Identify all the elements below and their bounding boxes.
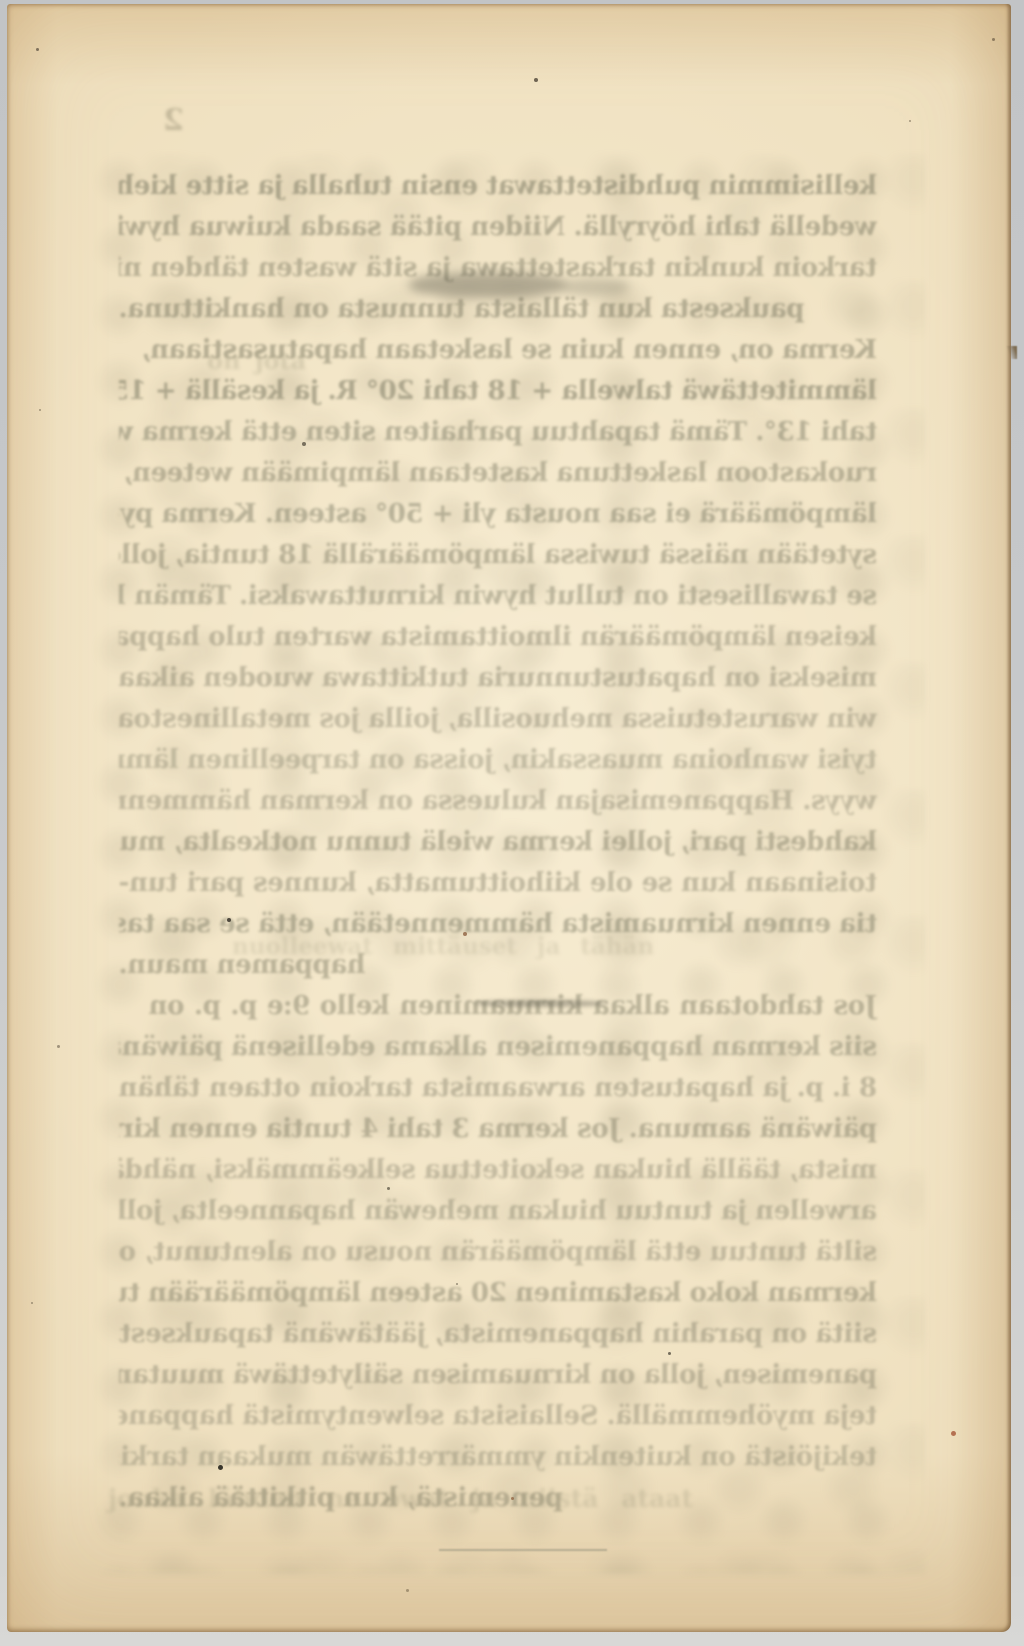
foxing-speck bbox=[951, 1431, 956, 1436]
foxing-speck bbox=[218, 1465, 223, 1470]
bleedthrough-line: sytetään näissä tuwissa lämpömäärällä 18… bbox=[119, 535, 877, 576]
bleedthrough-line: päiwänä aamuna. Jos kerma 3 tahi 4 tunti… bbox=[119, 1109, 877, 1150]
foxing-speck bbox=[39, 409, 41, 411]
foxing-speck bbox=[668, 1352, 671, 1355]
ghost-text-fragment: jonka lähden ne owat ja niistä ataat bbox=[108, 1484, 693, 1513]
foxing-speck bbox=[387, 1187, 390, 1190]
foxing-speck bbox=[227, 918, 231, 922]
bleedthrough-line: lämmitettäwä talwella + 18 tahi 20° R. j… bbox=[119, 371, 877, 412]
bleedthrough-line: lämpömäärä ei saa nousta yli + 50° astee… bbox=[119, 494, 877, 535]
bleedthrough-line: kahdesti pari, jollei kerma wielä tunnu … bbox=[119, 822, 877, 863]
bleedthrough-line: toisinaan kun se ole kiihoittumatta, kun… bbox=[119, 863, 877, 904]
page-edge-notch bbox=[1006, 346, 1017, 359]
foxing-speck bbox=[302, 442, 306, 446]
ink-smudge bbox=[563, 278, 629, 296]
foxing-speck bbox=[36, 48, 39, 51]
bleedthrough-line: miseksi on hapatustunnuria tutkittawa wu… bbox=[119, 658, 877, 699]
bleedthrough-line: mista, täällä hiukan sekoitettua selkeäm… bbox=[119, 1150, 877, 1191]
section-divider-rule bbox=[439, 1549, 607, 1551]
bleedthrough-line: 8 i. p. ja hapatusten arwaamista tarkoin… bbox=[119, 1068, 877, 1109]
foxing-speck bbox=[534, 78, 538, 82]
ghost-page-number: 2 bbox=[163, 104, 184, 138]
foxing-speck bbox=[406, 1589, 409, 1592]
foxing-speck bbox=[992, 38, 995, 41]
bleedthrough-line: tyisi wanhoina muassakin, joissa on tarp… bbox=[119, 740, 877, 781]
bleedthrough-line: win warustetuissa mehuosilla, joilla jos… bbox=[119, 699, 877, 740]
foxing-speck bbox=[456, 1283, 458, 1285]
bleedthrough-line: keisen lämpömäärän ilmoittamista warten … bbox=[119, 617, 877, 658]
bleedthrough-line: kellisimmin puhdistettawat ensin tuhalla… bbox=[119, 166, 877, 207]
foxing-speck bbox=[31, 1302, 33, 1304]
bleedthrough-line: siltä tuntuu että lämpömäärän nousu on a… bbox=[119, 1232, 877, 1273]
bleedthrough-line: kerman koko kastaminen 20 asteen lämpömä… bbox=[119, 1273, 877, 1314]
foxing-speck bbox=[511, 1497, 514, 1500]
bleedthrough-line: wyys. Happanemisajan kuluessa on kerman … bbox=[119, 781, 877, 822]
bleedthrough-line: panemisen, jolla on kirnuamisen säilytet… bbox=[119, 1355, 877, 1396]
bleedthrough-line: Jos tahdotaan alkaa kirnuaminen kello 9:… bbox=[119, 986, 877, 1027]
bleedthrough-line: arwellen ja tuntuu hiukan mehewän hapann… bbox=[119, 1191, 877, 1232]
book-page: 2 kellisimmin puhdistettawat ensin tuhal… bbox=[7, 4, 1011, 1632]
foxing-speck bbox=[57, 1045, 60, 1048]
bleedthrough-line: siis kerman happanemisen alkama edellise… bbox=[119, 1027, 877, 1068]
bleedthrough-line: se tawallisesti on tullut hywin kirnutta… bbox=[119, 576, 877, 617]
ink-smudge bbox=[475, 1000, 607, 1007]
bleedthrough-line: ruokastoon laskettuna kastetaan lämpimää… bbox=[119, 453, 877, 494]
bleedthrough-line: teja myöhemmällä. Sellaisista selwentymi… bbox=[119, 1396, 877, 1437]
foxing-speck bbox=[463, 932, 467, 936]
bleedthrough-line: wedellä tahi höyryllä. Niiden pitää saad… bbox=[119, 207, 877, 248]
scanned-page-canvas: 2 kellisimmin puhdistettawat ensin tuhal… bbox=[0, 0, 1024, 1646]
bleedthrough-line: siitä on parahin happanemista, jäätäwänä… bbox=[119, 1314, 877, 1355]
ghost-text-fragment: nuolleewat mittäuset ja tähän bbox=[232, 933, 654, 960]
foxing-speck bbox=[909, 120, 911, 122]
bleedthrough-line: tekijöistä on kuitenkin ymmärrettäwän mu… bbox=[119, 1437, 877, 1478]
bleedthrough-line: tahi 13°. Tämä tapahtuu parhaiten siten … bbox=[119, 412, 877, 453]
ghost-text-fragment: on jota bbox=[207, 346, 306, 375]
ink-smudge bbox=[409, 272, 567, 298]
